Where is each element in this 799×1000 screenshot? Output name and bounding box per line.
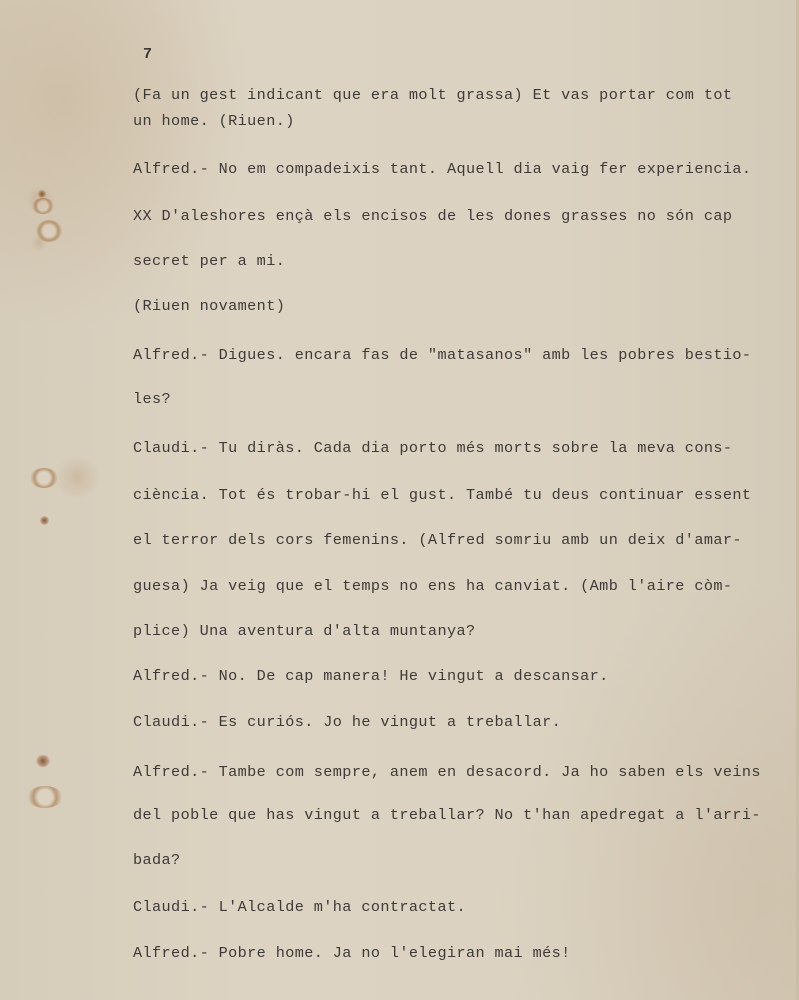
text-line: Claudi.- L'Alcalde m'ha contractat. (133, 898, 466, 916)
text-line: ciència. Tot és trobar-hi el gust. També… (133, 486, 751, 504)
text-line: XX D'aleshores ençà els encisos de les d… (133, 207, 732, 225)
stain (55, 455, 100, 500)
stain (32, 198, 54, 214)
text-line: bada? (133, 851, 181, 869)
stain (30, 235, 48, 251)
stain (27, 786, 63, 808)
text-line: Alfred.- Digues. encara fas de "matasano… (133, 346, 751, 364)
text-line: Claudi.- Tu diràs. Cada dia porto més mo… (133, 439, 732, 457)
text-line: un home. (Riuen.) (133, 112, 295, 130)
stain (40, 516, 49, 525)
stain (36, 755, 50, 767)
text-line: Claudi.- Es curiós. Jo he vingut a treba… (133, 713, 561, 731)
text-line: Alfred.- Pobre home. Ja no l'elegiran ma… (133, 944, 571, 962)
typewritten-page: 7 (Fa un gest indicant que era molt gras… (0, 0, 799, 1000)
stain (38, 190, 46, 198)
stage-direction: (Riuen novament) (133, 297, 285, 315)
text-line: secret per a mi. (133, 252, 285, 270)
page-number: 7 (143, 46, 152, 63)
text-line: les? (133, 390, 171, 408)
text-line: del poble que has vingut a treballar? No… (133, 806, 761, 824)
text-line: el terror dels cors femenins. (Alfred so… (133, 531, 742, 549)
text-line: Alfred.- No. De cap manera! He vingut a … (133, 667, 609, 685)
text-line: guesa) Ja veig que el temps no ens ha ca… (133, 577, 732, 595)
text-line: Alfred.- No em compadeixis tant. Aquell … (133, 160, 751, 178)
text-line: (Fa un gest indicant que era molt grassa… (133, 86, 732, 104)
stain (30, 468, 58, 488)
text-line: Alfred.- Tambe com sempre, anem en desac… (133, 763, 761, 781)
text-line: plice) Una aventura d'alta muntanya? (133, 622, 476, 640)
